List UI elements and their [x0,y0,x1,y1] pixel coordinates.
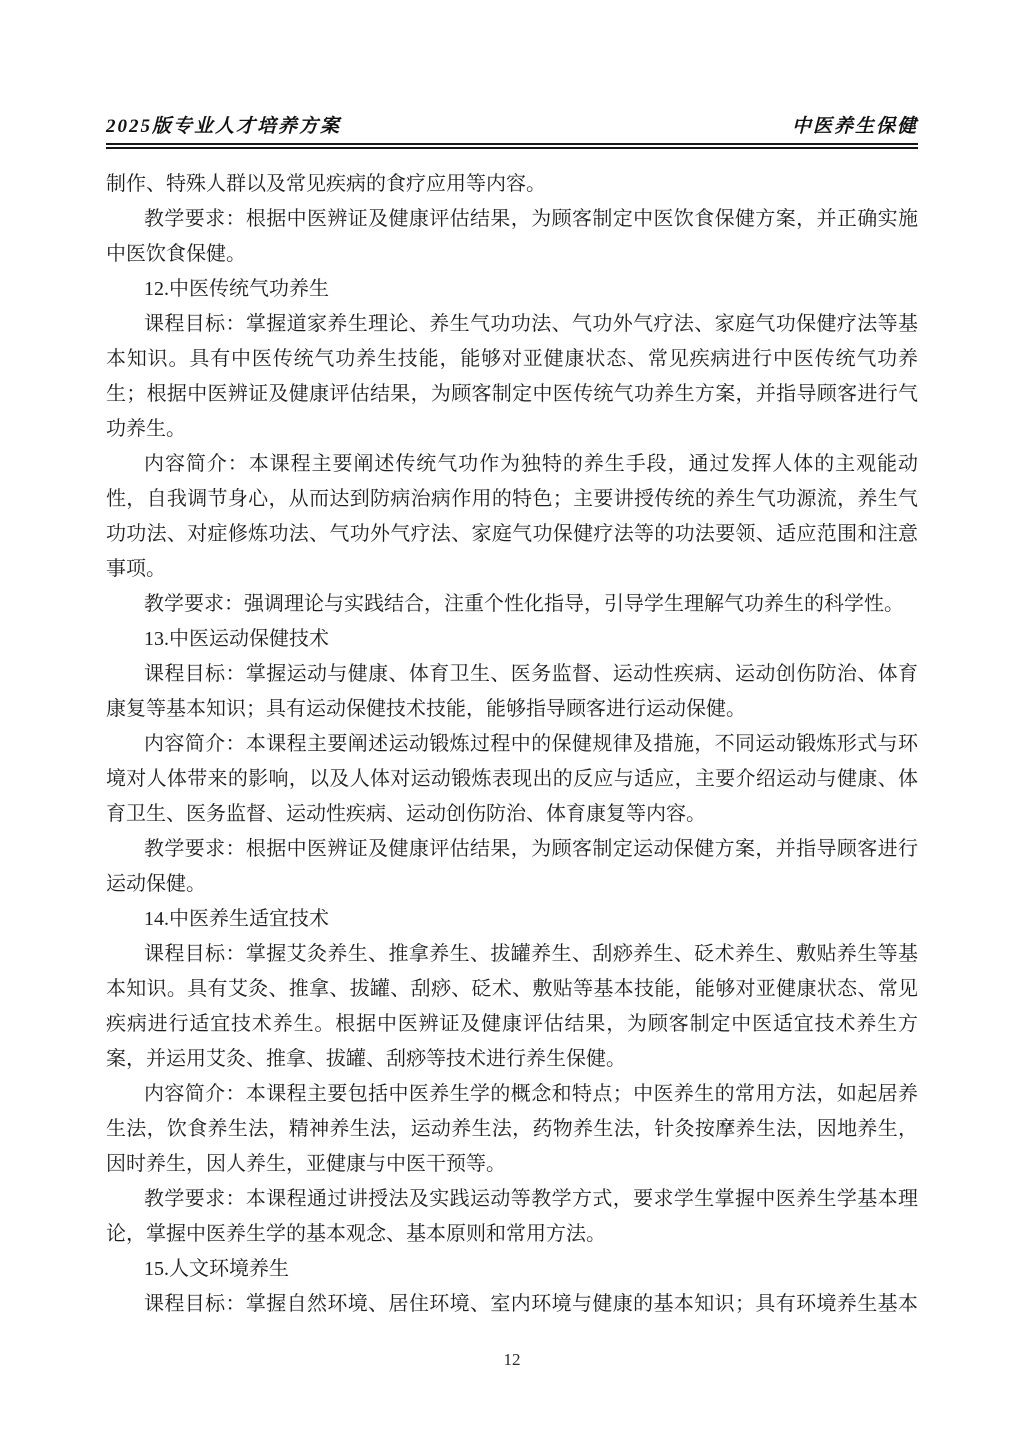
paragraph: 教学要求：根据中医辨证及健康评估结果，为顾客制定中医饮食保健方案，并正确实施中医… [106,202,918,272]
page-number: 12 [504,1350,521,1369]
course-heading: 12.中医传统气功养生 [106,272,918,307]
document-page: 2025版专业人才培养方案 中医养生保健 制作、特殊人群以及常见疾病的食疗应用等… [0,0,1024,1448]
paragraph: 教学要求：本课程通过讲授法及实践运动等教学方式，要求学生掌握中医养生学基本理论，… [106,1182,918,1252]
page-header: 2025版专业人才培养方案 中医养生保健 [106,0,918,149]
paragraph: 教学要求：强调理论与实践结合，注重个性化指导，引导学生理解气功养生的科学性。 [106,587,918,622]
paragraph: 课程目标：掌握道家养生理论、养生气功功法、气功外气疗法、家庭气功保健疗法等基本知… [106,307,918,447]
page-footer: 12 [0,1350,1024,1370]
paragraph: 课程目标：掌握运动与健康、体育卫生、医务监督、运动性疾病、运动创伤防治、体育康复… [106,657,918,727]
header-left-title: 2025版专业人才培养方案 [106,114,341,140]
document-body: 制作、特殊人群以及常见疾病的食疗应用等内容。教学要求：根据中医辨证及健康评估结果… [106,167,918,1327]
paragraph: 制作、特殊人群以及常见疾病的食疗应用等内容。 [106,167,918,202]
paragraph: 内容简介：本课程主要阐述传统气功作为独特的养生手段，通过发挥人体的主观能动性，自… [106,447,918,587]
paragraph: 内容简介：本课程主要包括中医养生学的概念和特点；中医养生的常用方法，如起居养生法… [106,1077,918,1182]
paragraph: 教学要求：根据中医辨证及健康评估结果，为顾客制定运动保健方案，并指导顾客进行运动… [106,832,918,902]
course-heading: 14.中医养生适宜技术 [106,902,918,937]
paragraph: 课程目标：掌握艾灸养生、推拿养生、拔罐养生、刮痧养生、砭术养生、敷贴养生等基本知… [106,937,918,1077]
paragraph: 内容简介：本课程主要阐述运动锻炼过程中的保健规律及措施，不同运动锻炼形式与环境对… [106,727,918,832]
header-double-rule [106,143,918,149]
header-right-title: 中医养生保健 [792,114,918,140]
paragraph: 课程目标：掌握自然环境、居住环境、室内环境与健康的基本知识；具有环境养生基本技能… [106,1287,918,1327]
course-heading: 15.人文环境养生 [106,1252,918,1287]
course-heading: 13.中医运动保健技术 [106,622,918,657]
